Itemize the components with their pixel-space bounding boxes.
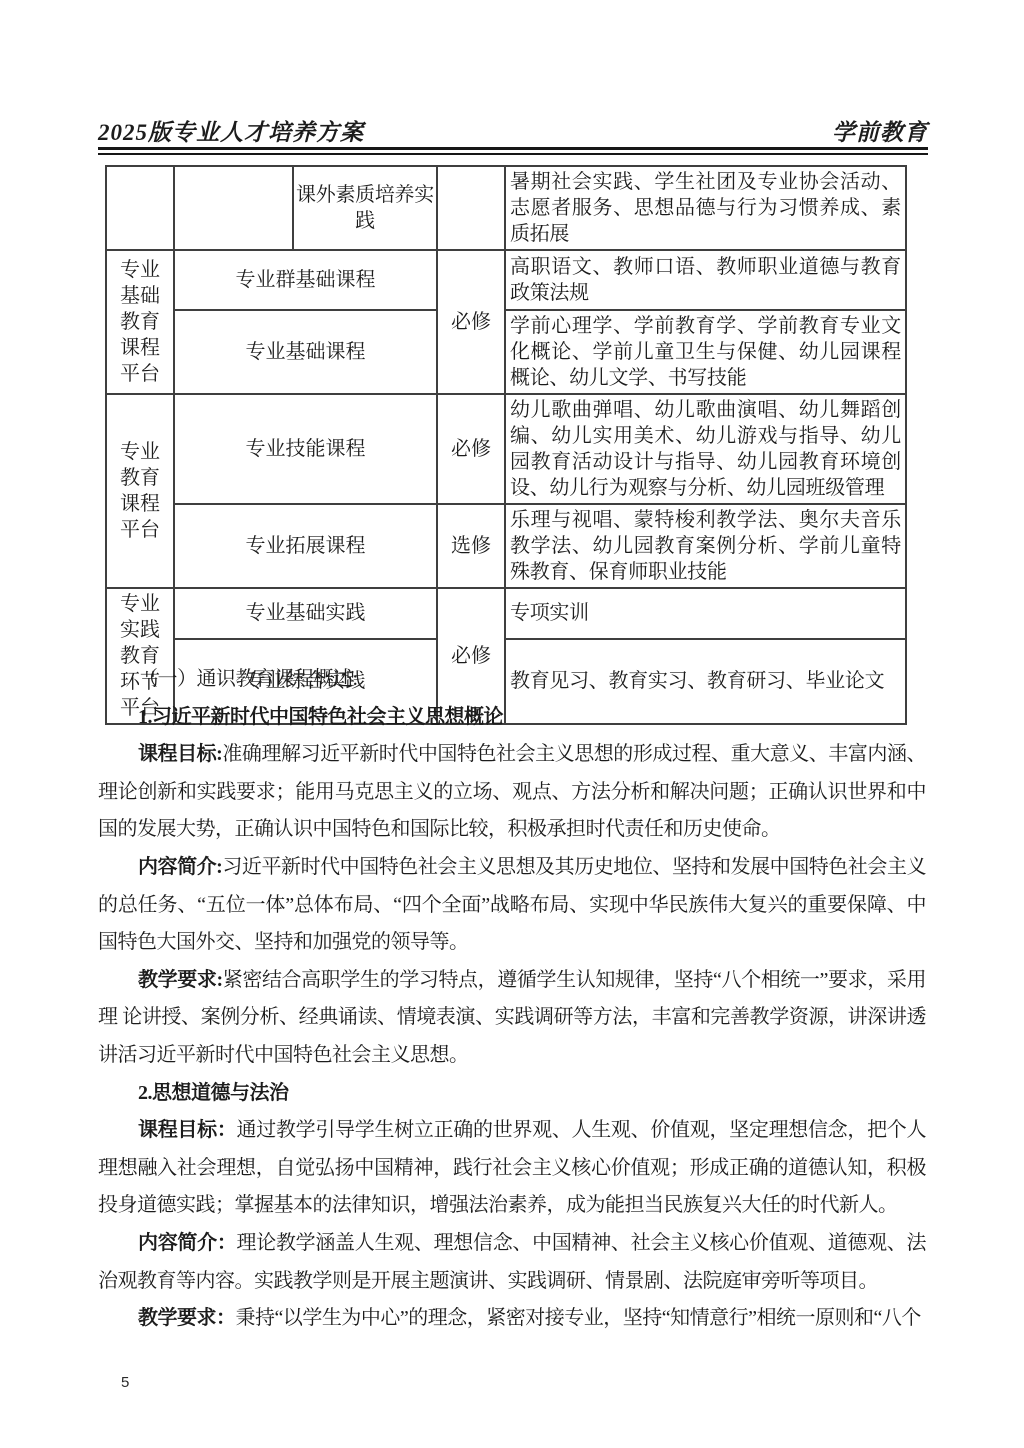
table-row: 专业拓展课程 选修 乐理与视唱、蒙特梭利教学法、奥尔夫音乐教学法、幼儿园教育案例… [106, 504, 906, 588]
type-cell: 必修 [437, 394, 505, 504]
section-1-paragraph-teaching-req: 教学要求:紧密结合高职学生的学习特点，遵循学生认知规律，坚持“八个相统一”要求，… [98, 962, 926, 1075]
table-row: 专业实践教育环节平台 专业基础实践 必修 专项实训 [106, 588, 906, 639]
paragraph-label: 内容简介： [138, 1232, 237, 1254]
curriculum-table: 课外素质培养实践 暑期社会实践、学生社团及专业协会活动、志愿者服务、思想品德与行… [105, 165, 907, 725]
content-cell: 乐理与视唱、蒙特梭利教学法、奥尔夫音乐教学法、幼儿园教育案例分析、学前儿童特殊教… [505, 504, 906, 588]
content-cell: 幼儿歌曲弹唱、幼儿歌曲演唱、幼儿舞蹈创编、幼儿实用美术、幼儿游戏与指导、幼儿园教… [505, 394, 906, 504]
course-cell: 课外素质培养实践 [293, 166, 437, 250]
paragraph-label: 教学要求: [138, 969, 223, 991]
paragraph-text: 准确理解习近平新时代中国特色社会主义思想的形成过程、重大意义、丰富内涵、理论创新… [98, 743, 926, 840]
course-cell: 专业群基础课程 [174, 250, 437, 310]
section-2-paragraph-teaching-req: 教学要求：秉持“以学生为中心”的理念，紧密对接专业，坚持“知情意行”相统一原则和… [98, 1300, 926, 1338]
type-cell: 必修 [437, 250, 505, 394]
page-header: 2025版专业人才培养方案 学前教育 [98, 114, 928, 147]
empty-cell [174, 166, 293, 250]
page-number: 5 [121, 1374, 129, 1391]
type-cell: 选修 [437, 504, 505, 588]
course-cell: 专业拓展课程 [174, 504, 437, 588]
paragraph-text: 秉持“以学生为中心”的理念，紧密对接专业，坚持“知情意行”相统一原则和“八个 [236, 1307, 921, 1329]
paragraph-label: 课程目标： [138, 1119, 237, 1141]
section-1-heading: 1.习近平新时代中国特色社会主义思想概论 [98, 699, 926, 737]
table-row: 课外素质培养实践 暑期社会实践、学生社团及专业协会活动、志愿者服务、思想品德与行… [106, 166, 906, 250]
content-cell: 暑期社会实践、学生社团及专业协会活动、志愿者服务、思想品德与行为习惯养成、素质拓… [505, 166, 906, 250]
platform-cell: 专业教育课程平台 [106, 394, 174, 588]
empty-platform-cell [106, 166, 174, 250]
course-cell: 专业基础课程 [174, 310, 437, 394]
section-2-heading: 2.思想道德与法治 [98, 1075, 926, 1113]
content-cell: 学前心理学、学前教育学、学前教育专业文化概论、学前儿童卫生与保健、幼儿园课程概论… [505, 310, 906, 394]
empty-type-cell [437, 166, 505, 250]
paragraph-text: 紧密结合高职学生的学习特点，遵循学生认知规律，坚持“八个相统一”要求，采用理 论… [98, 969, 926, 1066]
intro-line: （一）通识教育课程概述: [98, 661, 926, 699]
content-cell: 专项实训 [505, 588, 906, 639]
header-left-title: 2025版专业人才培养方案 [98, 114, 364, 147]
header-right-title: 学前教育 [832, 114, 928, 147]
section-2-paragraph-content-brief: 内容简介：理论教学涵盖人生观、理想信念、中国精神、社会主义核心价值观、道德观、法… [98, 1225, 926, 1300]
table-row: 专业基础课程 学前心理学、学前教育学、学前教育专业文化概论、学前儿童卫生与保健、… [106, 310, 906, 394]
section-2-paragraph-course-goal: 课程目标：通过教学引导学生树立正确的世界观、人生观、价值观，坚定理想信念，把个人… [98, 1112, 926, 1225]
section-1-paragraph-content-brief: 内容简介:习近平新时代中国特色社会主义思想及其历史地位、坚持和发展中国特色社会主… [98, 849, 926, 962]
paragraph-label: 课程目标: [138, 743, 222, 765]
paragraph-text: 习近平新时代中国特色社会主义思想及其历史地位、坚持和发展中国特色社会主义的总任务… [98, 856, 926, 953]
course-cell: 专业基础实践 [174, 588, 437, 639]
content-cell: 高职语文、教师口语、教师职业道德与教育政策法规 [505, 250, 906, 310]
platform-cell: 专业基础教育课程平台 [106, 250, 174, 394]
table-row: 专业教育课程平台 专业技能课程 必修 幼儿歌曲弹唱、幼儿歌曲演唱、幼儿舞蹈创编、… [106, 394, 906, 504]
section-1-paragraph-course-goal: 课程目标:准确理解习近平新时代中国特色社会主义思想的形成过程、重大意义、丰富内涵… [98, 736, 926, 849]
course-cell: 专业技能课程 [174, 394, 437, 504]
header-divider [98, 147, 928, 155]
body-text: （一）通识教育课程概述: 1.习近平新时代中国特色社会主义思想概论 课程目标:准… [98, 661, 926, 1338]
paragraph-label: 教学要求： [138, 1307, 236, 1329]
table-row: 专业基础教育课程平台 专业群基础课程 必修 高职语文、教师口语、教师职业道德与教… [106, 250, 906, 310]
paragraph-label: 内容简介: [138, 856, 222, 878]
